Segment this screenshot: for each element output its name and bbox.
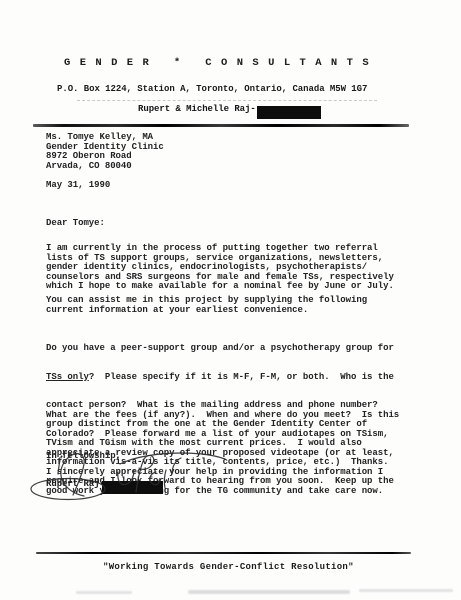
letterhead-divider-rule: [33, 124, 409, 127]
para3-line1-text: Do you have a peer-support group and/or …: [46, 343, 394, 353]
para3-line2-rest-text: ? Please specify if it is M-F, F-M, or b…: [89, 372, 394, 382]
scan-artifact-line: [77, 100, 377, 101]
proprietors-line: Rupert & Michelle Raj-: [138, 105, 256, 115]
underlined-phrase: TSs only: [46, 372, 89, 382]
company-name: GENDER * CONSULTANTS: [64, 59, 378, 69]
scan-smudge: [359, 589, 453, 592]
salutation: Dear Tomye:: [46, 219, 105, 229]
letter-page: GENDER * CONSULTANTS P.O. Box 1224, Stat…: [0, 0, 461, 600]
footer-divider-rule: [36, 552, 411, 554]
scan-smudge: [188, 590, 350, 594]
scan-smudge: [76, 591, 132, 594]
recipient-address-block: Ms. Tomye Kelley, MA Gender Identity Cli…: [46, 133, 164, 171]
redaction-bar-header: [257, 106, 321, 119]
signature-scrawl: [28, 446, 238, 498]
para3-line-2: TSs only? Please specify if it is M-F, F…: [46, 373, 399, 383]
body-paragraph-1: I am currently in the process of putting…: [46, 244, 394, 292]
letter-date: May 31, 1990: [46, 181, 110, 191]
company-address: P.O. Box 1224, Station A, Toronto, Ontar…: [57, 85, 367, 95]
para3-line-1: Do you have a peer-support group and/or …: [46, 344, 399, 354]
footer-slogan: "Working Towards Gender-Conflict Resolut…: [103, 563, 354, 573]
body-paragraph-2: You can assist me in this project by sup…: [46, 296, 367, 315]
